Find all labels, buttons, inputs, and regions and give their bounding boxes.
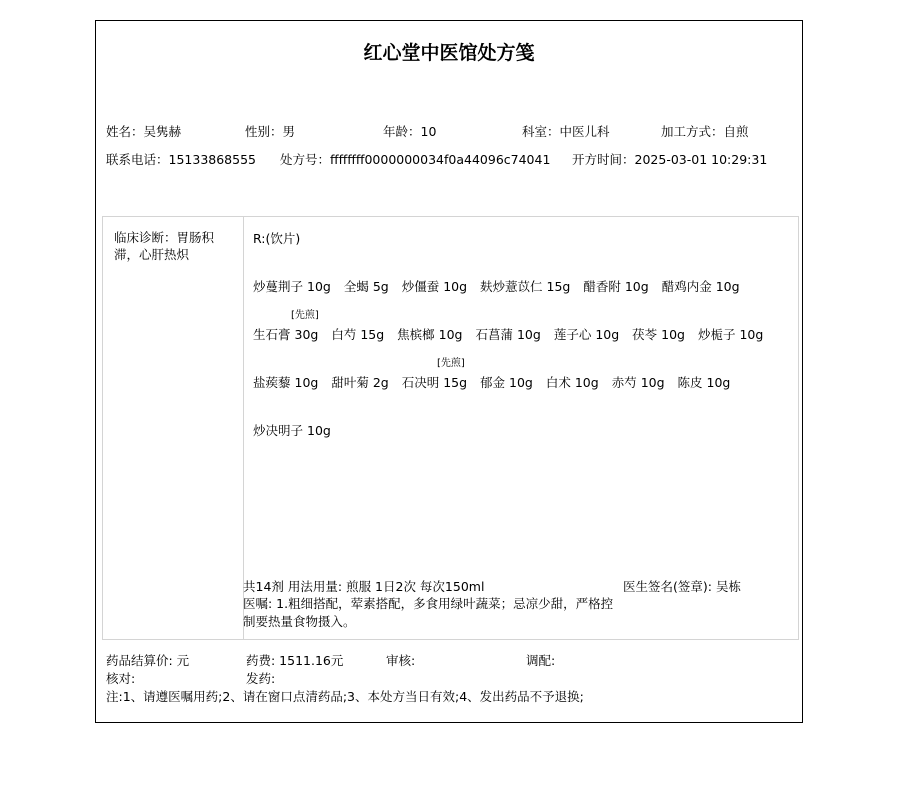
- processing-method-value: 自煎: [724, 124, 749, 139]
- review-field: 审核:: [386, 651, 415, 669]
- gender-value: 男: [283, 124, 296, 139]
- herb-item: 莲子心 10g: [554, 325, 619, 343]
- herb-name: 甜叶菊: [331, 375, 369, 390]
- herb-dose: 5g: [373, 279, 389, 294]
- herb-item: 炒僵蚕 10g: [402, 277, 467, 295]
- herb-item: 全蝎 5g: [344, 277, 389, 295]
- prescribe-time-label: 开方时间：: [572, 152, 635, 167]
- decoct-first-note: [先煎]: [291, 306, 319, 321]
- herb-item: 白芍 15g: [331, 325, 384, 343]
- herb-dose: 10g: [439, 327, 463, 342]
- settlement-price: 药品结算价: 元: [106, 651, 189, 669]
- herb-name: 全蝎: [344, 279, 369, 294]
- herb-name: 赤芍: [612, 375, 637, 390]
- prescription-number-field: 处方号：ffffffff0000000034f0a44096c74041: [280, 150, 550, 168]
- herb-dose: 10g: [575, 375, 599, 390]
- herb-item: 醋香附 10g: [583, 277, 648, 295]
- clinical-diagnosis: 临床诊断：胃肠积滞，心肝热炽: [114, 229, 232, 263]
- herb-dose: 10g: [739, 327, 763, 342]
- herb-name: 炒决明子: [253, 423, 303, 438]
- gender-label: 性别：: [245, 124, 283, 139]
- footer-notes: 注:1、请遵医嘱用药;2、请在窗口点清药品;3、本处方当日有效;4、发出药品不予…: [106, 687, 584, 705]
- herb-name: 盐蒺藜: [253, 375, 291, 390]
- herb-line-2: 生石膏 30g 白芍 15g 焦槟榔 10g 石菖蒲 10g 莲子心 10g 茯…: [253, 325, 772, 343]
- herb-name: 茯苓: [632, 327, 657, 342]
- age-label: 年龄：: [383, 124, 421, 139]
- processing-method-label: 加工方式：: [661, 124, 724, 139]
- doctor-signature: 医生签名(签章): 吴栋: [623, 577, 741, 595]
- department-field: 科室：中医儿科: [522, 122, 610, 140]
- herb-name: 麸炒薏苡仁: [480, 279, 543, 294]
- herb-dose: 10g: [707, 375, 731, 390]
- herb-item: 炒蔓荆子 10g: [253, 277, 331, 295]
- herb-dose: 10g: [641, 375, 665, 390]
- herb-line-4: 炒决明子 10g: [253, 421, 340, 439]
- check-field: 核对:: [106, 669, 135, 687]
- herb-item: 炒栀子 10g: [698, 325, 763, 343]
- patient-name-label: 姓名：: [106, 124, 144, 139]
- herb-name: 醋鸡内金: [662, 279, 712, 294]
- herb-dose: 30g: [295, 327, 319, 342]
- herb-name: 白芍: [331, 327, 356, 342]
- herb-dose: 10g: [625, 279, 649, 294]
- column-divider: [243, 217, 244, 639]
- diagnosis-label: 临床诊断：: [114, 230, 177, 245]
- herb-dose: 10g: [443, 279, 467, 294]
- herb-name: 石菖蒲: [475, 327, 513, 342]
- herb-dose: 10g: [307, 279, 331, 294]
- herb-item: 焦槟榔 10g: [397, 325, 462, 343]
- herb-item: 麸炒薏苡仁 15g: [480, 277, 570, 295]
- department-label: 科室：: [522, 124, 560, 139]
- herb-dose: 15g: [360, 327, 384, 342]
- prescription-number-value: ffffffff0000000034f0a44096c74041: [330, 152, 550, 167]
- herb-name: 郁金: [480, 375, 505, 390]
- page-title: 红心堂中医馆处方笺: [96, 38, 802, 65]
- herb-dose: 10g: [595, 327, 619, 342]
- decoct-first-note: [先煎]: [437, 354, 465, 369]
- herb-dose: 10g: [307, 423, 331, 438]
- herb-item: 赤芍 10g: [612, 373, 665, 391]
- herb-dose: 15g: [547, 279, 571, 294]
- herb-name: 石决明: [402, 375, 440, 390]
- phone-value: 15133868555: [169, 152, 256, 167]
- prescribe-time-value: 2025-03-01 10:29:31: [635, 152, 768, 167]
- herb-name: 炒栀子: [698, 327, 736, 342]
- herb-dose: 10g: [661, 327, 685, 342]
- processing-method-field: 加工方式：自煎: [661, 122, 749, 140]
- herb-line-1: 炒蔓荆子 10g 全蝎 5g 炒僵蚕 10g 麸炒薏苡仁 15g 醋香附 10g…: [253, 277, 749, 295]
- phone-field: 联系电话：15133868555: [106, 150, 256, 168]
- age-value: 10: [421, 124, 437, 139]
- herb-name: 醋香附: [583, 279, 621, 294]
- herb-item: 石决明 15g: [402, 373, 467, 391]
- herb-name: 生石膏: [253, 327, 291, 342]
- herb-item: 盐蒺藜 10g: [253, 373, 318, 391]
- prescribe-time-field: 开方时间：2025-03-01 10:29:31: [572, 150, 767, 168]
- prescription-sheet: 红心堂中医馆处方笺 姓名：吴隽赫 性别：男 年龄：10 科室：中医儿科 加工方式…: [95, 20, 803, 723]
- issue-field: 发药:: [246, 669, 275, 687]
- herb-name: 白术: [546, 375, 571, 390]
- herb-item: 生石膏 30g: [253, 325, 318, 343]
- herb-dose: 10g: [509, 375, 533, 390]
- herb-name: 焦槟榔: [397, 327, 435, 342]
- herb-item: 醋鸡内金 10g: [662, 277, 740, 295]
- rx-label: R:(饮片): [253, 229, 300, 247]
- age-field: 年龄：10: [383, 122, 436, 140]
- gender-field: 性别：男: [245, 122, 295, 140]
- herb-dose: 10g: [295, 375, 319, 390]
- herb-name: 炒蔓荆子: [253, 279, 303, 294]
- herb-name: 陈皮: [678, 375, 703, 390]
- medical-advice: 医嘱: 1.粗细搭配，荤素搭配，多食用绿叶蔬菜；忌凉少甜，严格控制要热量食物摄入…: [243, 595, 623, 631]
- herb-dose: 10g: [716, 279, 740, 294]
- herb-item: 陈皮 10g: [678, 373, 731, 391]
- herb-name: 炒僵蚕: [402, 279, 440, 294]
- herb-dose: 10g: [517, 327, 541, 342]
- department-value: 中医儿科: [560, 124, 610, 139]
- patient-name-field: 姓名：吴隽赫: [106, 122, 181, 140]
- drug-fee: 药费: 1511.16元: [246, 651, 343, 669]
- herb-item: 白术 10g: [546, 373, 599, 391]
- phone-label: 联系电话：: [106, 152, 169, 167]
- herb-line-3: 盐蒺藜 10g 甜叶菊 2g 石决明 15g 郁金 10g 白术 10g 赤芍 …: [253, 373, 739, 391]
- herb-item: 炒决明子 10g: [253, 421, 331, 439]
- herb-item: 甜叶菊 2g: [331, 373, 388, 391]
- herb-dose: 15g: [443, 375, 467, 390]
- herb-item: 石菖蒲 10g: [475, 325, 540, 343]
- patient-name-value: 吴隽赫: [144, 124, 182, 139]
- herb-item: 郁金 10g: [480, 373, 533, 391]
- usage-dosage: 共14剂 用法用量: 煎服 1日2次 每次150ml: [243, 577, 484, 595]
- herb-dose: 2g: [373, 375, 389, 390]
- prescription-box: 临床诊断：胃肠积滞，心肝热炽 R:(饮片) 炒蔓荆子 10g 全蝎 5g 炒僵蚕…: [102, 216, 799, 640]
- prescription-number-label: 处方号：: [280, 152, 330, 167]
- dispense-field: 调配:: [526, 651, 555, 669]
- herb-name: 莲子心: [554, 327, 592, 342]
- herb-item: 茯苓 10g: [632, 325, 685, 343]
